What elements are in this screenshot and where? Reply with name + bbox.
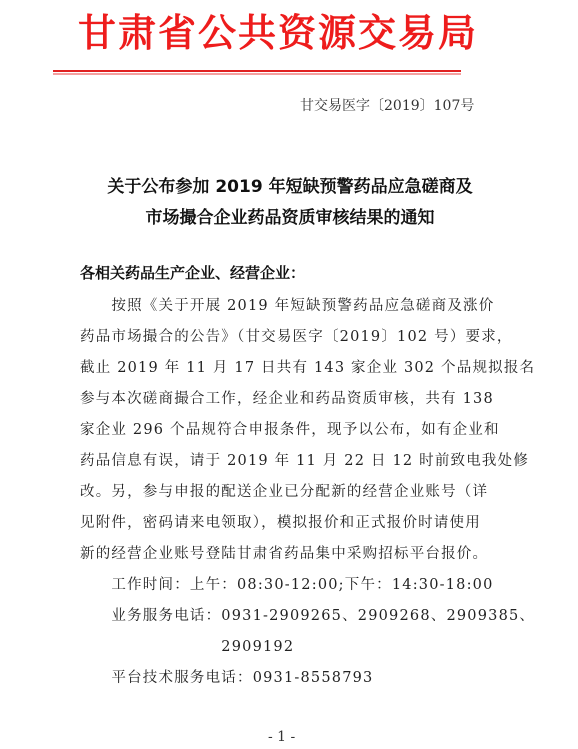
body-line: 参与本次磋商撮合工作，经企业和药品资质审核，共有 138 [80, 387, 494, 408]
red-header-rule [53, 70, 461, 75]
rule-thin [53, 73, 461, 75]
masthead-title: 甘肃省公共资源交易局 [78, 8, 458, 58]
body-line: 药品市场撮合的公告》（甘交易医字〔2019〕102 号）要求， [80, 325, 513, 346]
body-line: 见附件，密码请来电领取），模拟报价和正式报价时请使用 [80, 511, 481, 532]
page-number: - 1 - [268, 729, 295, 745]
title-line-2: 市场撮合企业药品资质审核结果的通知 [40, 203, 540, 228]
salutation: 各相关药品生产企业、经营企业： [80, 262, 305, 283]
body-line: 新的经营企业账号登陆甘肃省药品集中采购招标平台报价。 [80, 542, 488, 563]
body-line: 按照《关于开展 2019 年短缺预警药品应急磋商及涨价 [80, 294, 494, 315]
work-hours: 工作时间：上午：08:30-12:00;下午：14:30-18:00 [80, 573, 494, 594]
title-line-1: 关于公布参加 2019 年短缺预警药品应急磋商及 [40, 172, 540, 197]
business-phone-cont: 2909192 [80, 635, 294, 656]
body-line: 药品信息有误，请于 2019 年 11 月 22 日 12 时前致电我处修 [80, 449, 529, 470]
tech-phone: 平台技术服务电话：0931-8558793 [80, 666, 373, 687]
business-phone: 业务服务电话：0931-2909265、2909268、2909385、 [80, 604, 535, 625]
document-number: 甘交易医字〔2019〕107号 [300, 95, 474, 115]
body-line: 截止 2019 年 11 月 17 日共有 143 家企业 302 个品规拟报名 [80, 356, 535, 377]
body-line: 改。另，参与申报的配送企业已分配新的经营企业账号（详 [80, 480, 488, 501]
body-line: 家企业 296 个品规符合申报条件，现予以公布，如有企业和 [80, 418, 500, 439]
